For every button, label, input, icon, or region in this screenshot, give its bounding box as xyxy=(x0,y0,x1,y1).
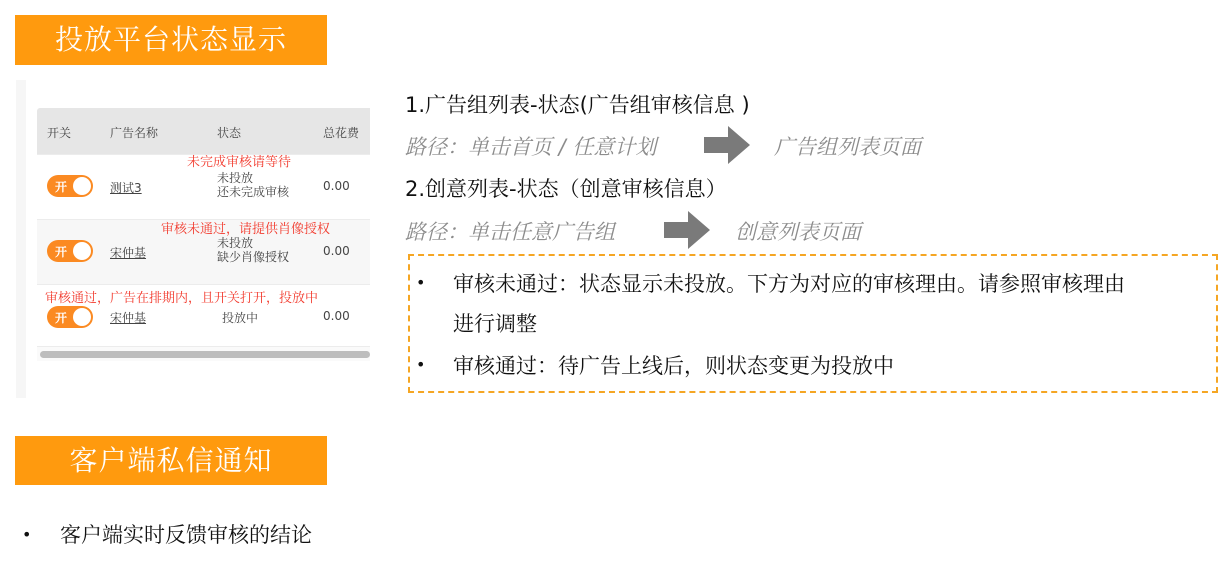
review-annotation: 审核通过，广告在排期内，且开关打开，投放中 xyxy=(45,287,318,306)
status-primary: 未投放 xyxy=(217,171,289,185)
table-row: 审核未通过，请提供肖像授权 开 宋仲基 未投放 缺少肖像授权 0.00 xyxy=(37,219,370,284)
toggle-label: 开 xyxy=(55,309,67,326)
toggle-knob xyxy=(73,242,91,260)
header-ad-name: 广告名称 xyxy=(110,124,158,141)
section-title-platform-status: 投放平台状态显示 xyxy=(15,15,327,65)
item2-path-to: 创意列表页面 xyxy=(735,216,861,246)
toggle-knob xyxy=(73,177,91,195)
status-cell: 未投放 缺少肖像授权 xyxy=(217,236,289,264)
toggle-label: 开 xyxy=(55,178,67,195)
client-bullet: 客户端实时反馈审核的结论 xyxy=(60,519,312,549)
ad-table: 开关 广告名称 状态 总花费 未完成审核请等待 开 测试3 未投放 还未完成审核… xyxy=(37,108,370,349)
note-line: 进行调整 xyxy=(453,304,1125,344)
review-annotation: 审核未通过，请提供肖像授权 xyxy=(161,218,330,237)
status-primary: 未投放 xyxy=(217,236,289,250)
section-title-client-notice: 客户端私信通知 xyxy=(15,436,327,485)
item1-heading: 1.广告组列表-状态(广告组审核信息 ) xyxy=(405,89,750,119)
status-reason: 缺少肖像授权 xyxy=(217,250,289,264)
scrollbar-thumb[interactable] xyxy=(40,351,370,358)
header-switch: 开关 xyxy=(47,124,71,141)
ad-name-link[interactable]: 测试3 xyxy=(110,179,142,196)
table-header: 开关 广告名称 状态 总花费 xyxy=(37,108,370,154)
status-primary: 投放中 xyxy=(222,311,258,325)
cost-cell: 0.00 xyxy=(323,309,350,323)
toggle-knob xyxy=(73,308,91,326)
bullet-icon: • xyxy=(22,525,31,544)
horizontal-scrollbar[interactable] xyxy=(37,346,370,361)
arrow-right-icon xyxy=(664,211,710,249)
item2-path-from: 路径：单击任意广告组 xyxy=(405,216,615,246)
status-cell: 投放中 xyxy=(222,311,258,325)
bullet-icon: • xyxy=(416,273,425,292)
status-cell: 未投放 还未完成审核 xyxy=(217,171,289,199)
item2-heading: 2.创意列表-状态（创意审核信息） xyxy=(405,173,727,203)
header-total-cost: 总花费 xyxy=(323,124,359,141)
note-line: 审核未通过：状态显示未投放。下方为对应的审核理由。请参照审核理由 xyxy=(453,264,1125,304)
header-status: 状态 xyxy=(217,124,241,141)
table-row: 审核通过，广告在排期内，且开关打开，投放中 开 宋仲基 投放中 0.00 xyxy=(37,284,370,349)
table-row: 未完成审核请等待 开 测试3 未投放 还未完成审核 0.00 xyxy=(37,154,370,219)
on-off-toggle[interactable]: 开 xyxy=(47,240,93,262)
item1-path-from: 路径：单击首页 / 任意计划 xyxy=(405,131,656,161)
ad-name-link[interactable]: 宋仲基 xyxy=(110,244,146,261)
arrow-right-icon xyxy=(704,126,750,164)
cost-cell: 0.00 xyxy=(323,244,350,258)
bullet-icon: • xyxy=(416,355,425,374)
ad-name-link[interactable]: 宋仲基 xyxy=(110,309,146,326)
on-off-toggle[interactable]: 开 xyxy=(47,306,93,328)
toggle-label: 开 xyxy=(55,243,67,260)
item1-path-to: 广告组列表页面 xyxy=(774,131,921,161)
on-off-toggle[interactable]: 开 xyxy=(47,175,93,197)
note-review-passed: 审核通过：待广告上线后，则状态变更为投放中 xyxy=(453,346,894,386)
review-annotation: 未完成审核请等待 xyxy=(187,151,291,170)
status-reason: 还未完成审核 xyxy=(217,185,289,199)
cost-cell: 0.00 xyxy=(323,179,350,193)
note-review-failed: 审核未通过：状态显示未投放。下方为对应的审核理由。请参照审核理由 进行调整 xyxy=(453,264,1125,344)
panel-side-bar xyxy=(16,80,26,398)
